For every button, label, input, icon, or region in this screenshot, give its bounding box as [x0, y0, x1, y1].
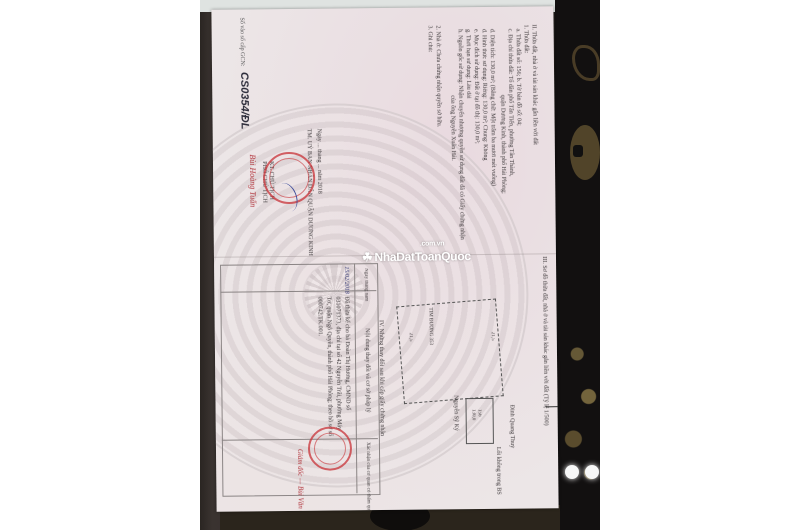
col-confirmation: Xác nhận của cơ quan có thẩm quyền	[363, 442, 373, 512]
certificate-photo: Số vào sổ cấp GCN: CS0354/ĐL II. Thửa đấ…	[200, 0, 600, 530]
light-reflection	[565, 465, 579, 479]
north-arrow-icon	[546, 406, 559, 407]
section-ii-item2: 2. Nhà ở: Chưa chứng nhận quyền sở hữu.	[433, 25, 443, 127]
change-content: Đã thừa kế cho bà Đoàn Thị Hương, CMND s…	[314, 296, 351, 436]
house-leaf-icon: ☘	[362, 250, 373, 264]
serial-number: Số vào sổ cấp GCN: CS0354/ĐL	[237, 17, 250, 129]
col-content: Nội dung thay đổi và cơ sở pháp lý	[362, 328, 372, 412]
red-seal-stamp-2	[308, 426, 352, 470]
signature-date: Ngày ... tháng ... năm 2018	[314, 129, 324, 194]
neighbor-west: Nguyễn Sỹ Ký	[450, 395, 459, 431]
section-ii-item3: 3. Ghi chú:	[425, 25, 434, 52]
gold-coin-ornament	[570, 125, 600, 180]
alley-label: Lối không trong BS	[493, 447, 503, 495]
light-reflection	[585, 465, 599, 479]
section-ii-item1: 1. Thửa đất:	[521, 24, 530, 53]
land-plot-outline	[396, 298, 504, 404]
change-date: 15/02/2018	[341, 266, 350, 293]
confirmation-signer: Giám đốc — Bùi Văn Cút	[295, 449, 305, 512]
section-iii-title: III. Sơ đồ thửa đất, nhà ở và tài sản kh…	[539, 256, 550, 425]
col-date: Ngày tháng năm	[361, 268, 370, 301]
certificate-document: Số vào sổ cấp GCN: CS0354/ĐL II. Thửa đấ…	[211, 6, 558, 512]
neighbor-east: Đinh Quang Thuỳ	[507, 405, 516, 449]
signer-name: Bùi Hoàng Tuấn	[248, 154, 258, 207]
site-watermark: ☘NhaDatToanQuoc .com.vn	[362, 249, 471, 264]
parcel-square	[465, 398, 493, 444]
section-ii-title: II. Thửa đất, nhà ở và tài sản khác gắn …	[529, 24, 539, 145]
road-label: TIM ĐƯỜNG 353	[426, 307, 435, 345]
